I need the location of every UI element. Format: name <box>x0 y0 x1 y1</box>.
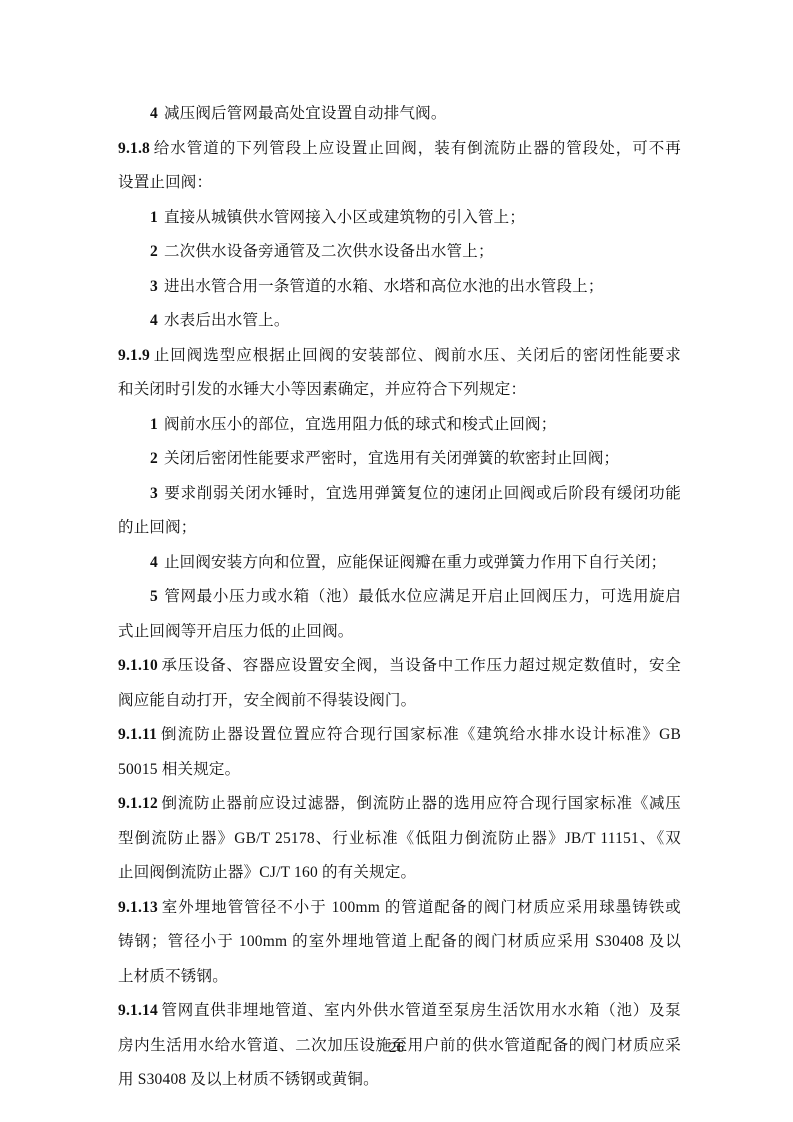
item-text: 的止回阀； <box>118 519 197 536</box>
clause-number: 9.1.12 <box>118 795 158 812</box>
clause-line: 上材质不锈钢。 <box>118 960 681 995</box>
item-text: 进出水管合用一条管道的水箱、水塔和高位水池的出水管段上； <box>164 278 604 295</box>
clause-text: 倒流防止器前应设过滤器，倒流防止器的选用应符合现行国家标准《减压 <box>161 795 681 812</box>
item-text: 管网最小压力或水箱（池）最低水位应满足开启止回阀压力，可选用旋启 <box>164 588 681 605</box>
clause-number: 9.1.13 <box>118 899 158 916</box>
clause-text: 型倒流防止器》GB/T 25178、行业标准《低阻力倒流防止器》JB/T 111… <box>118 830 681 847</box>
clause-text: 上材质不锈钢。 <box>118 968 228 985</box>
item-text: 水表后出水管上。 <box>164 312 290 329</box>
item-text: 止回阀安装方向和位置，应能保证阀瓣在重力或弹簧力作用下自行关闭； <box>164 554 666 571</box>
clause-number: 9.1.11 <box>118 726 157 743</box>
clause-number: 9.1.14 <box>118 1002 158 1019</box>
clause-text: 50015 相关规定。 <box>118 761 240 778</box>
clause-line: 9.1.12倒流防止器前应设过滤器，倒流防止器的选用应符合现行国家标准《减压 <box>118 787 681 822</box>
clause-text: 倒流防止器设置位置应符合现行国家标准《建筑给水排水设计标准》GB <box>160 726 681 743</box>
clause-line: 9.1.13室外埋地管管径不小于 100mm 的管道配备的阀门材质应采用球墨铸铁… <box>118 891 681 926</box>
list-item-continuation: 式止回阀等开启压力低的止回阀。 <box>118 615 681 650</box>
item-number: 5 <box>150 588 158 605</box>
item-text: 阀前水压小的部位，宜选用阻力低的球式和梭式止回阀； <box>164 416 557 433</box>
clause-line: 50015 相关规定。 <box>118 753 681 788</box>
clause-line: 和关闭时引发的水锤大小等因素确定，并应符合下列规定： <box>118 373 681 408</box>
document-page: 4减压阀后管网最高处宜设置自动排气阀。 9.1.8给水管道的下列管段上应设置止回… <box>118 97 681 1098</box>
item-text: 要求削弱关闭水锤时，宜选用弹簧复位的速闭止回阀或后阶段有缓闭功能 <box>164 485 681 502</box>
clause-line: 阀应能自动打开，安全阀前不得装设阀门。 <box>118 684 681 719</box>
page-number: 26 <box>0 1040 793 1057</box>
clause-number: 9.1.10 <box>118 657 158 674</box>
item-number: 3 <box>150 485 158 502</box>
list-item: 1阀前水压小的部位，宜选用阻力低的球式和梭式止回阀； <box>118 408 681 443</box>
item-text: 直接从城镇供水管网接入小区或建筑物的引入管上； <box>164 209 525 226</box>
clause-number: 9.1.9 <box>118 347 150 364</box>
list-item-continuation: 的止回阀； <box>118 511 681 546</box>
clause-text: 和关闭时引发的水锤大小等因素确定，并应符合下列规定： <box>118 381 526 398</box>
clause-number: 9.1.8 <box>118 140 150 157</box>
clause-text: 止回阀选型应根据止回阀的安装部位、阀前水压、关闭后的密闭性能要求 <box>153 347 681 364</box>
list-item: 4减压阀后管网最高处宜设置自动排气阀。 <box>118 97 681 132</box>
list-item: 2二次供水设备旁通管及二次供水设备出水管上； <box>118 235 681 270</box>
clause-line: 型倒流防止器》GB/T 25178、行业标准《低阻力倒流防止器》JB/T 111… <box>118 822 681 857</box>
clause-text: 止回阀倒流防止器》CJ/T 160 的有关规定。 <box>118 864 416 881</box>
clause-line: 铸钢；管径小于 100mm 的室外埋地管道上配备的阀门材质应采用 S30408 … <box>118 925 681 960</box>
item-number: 3 <box>150 278 158 295</box>
clause-text: 室外埋地管管径不小于 100mm 的管道配备的阀门材质应采用球墨铸铁或 <box>161 899 681 916</box>
clause-line: 9.1.10承压设备、容器应设置安全阀，当设备中工作压力超过规定数值时，安全 <box>118 649 681 684</box>
list-item: 2关闭后密闭性能要求严密时，宜选用有关闭弹簧的软密封止回阀； <box>118 442 681 477</box>
clause-line: 止回阀倒流防止器》CJ/T 160 的有关规定。 <box>118 856 681 891</box>
item-number: 1 <box>150 416 158 433</box>
clause-line: 9.1.14管网直供非埋地管道、室内外供水管道至泵房生活饮用水水箱（池）及泵 <box>118 994 681 1029</box>
clause-text: 管网直供非埋地管道、室内外供水管道至泵房生活饮用水水箱（池）及泵 <box>161 1002 681 1019</box>
item-number: 4 <box>150 105 158 122</box>
item-text: 二次供水设备旁通管及二次供水设备出水管上； <box>164 243 494 260</box>
item-number: 1 <box>150 209 158 226</box>
clause-text: 承压设备、容器应设置安全阀，当设备中工作压力超过规定数值时，安全 <box>161 657 681 674</box>
clause-line: 设置止回阀： <box>118 166 681 201</box>
list-item: 3进出水管合用一条管道的水箱、水塔和高位水池的出水管段上； <box>118 270 681 305</box>
list-item: 4水表后出水管上。 <box>118 304 681 339</box>
clause-text: 给水管道的下列管段上应设置止回阀，装有倒流防止器的管段处，可不再 <box>153 140 681 157</box>
clause-line: 9.1.11倒流防止器设置位置应符合现行国家标准《建筑给水排水设计标准》GB <box>118 718 681 753</box>
clause-text: 铸钢；管径小于 100mm 的室外埋地管道上配备的阀门材质应采用 S30408 … <box>118 933 681 950</box>
item-text: 关闭后密闭性能要求严密时，宜选用有关闭弹簧的软密封止回阀； <box>164 450 619 467</box>
clause-line: 9.1.8给水管道的下列管段上应设置止回阀，装有倒流防止器的管段处，可不再 <box>118 132 681 167</box>
list-item: 5管网最小压力或水箱（池）最低水位应满足开启止回阀压力，可选用旋启 <box>118 580 681 615</box>
item-number: 4 <box>150 312 158 329</box>
item-text: 式止回阀等开启压力低的止回阀。 <box>118 623 354 640</box>
item-number: 2 <box>150 450 158 467</box>
item-text: 减压阀后管网最高处宜设置自动排气阀。 <box>164 105 447 122</box>
item-number: 4 <box>150 554 158 571</box>
list-item: 1直接从城镇供水管网接入小区或建筑物的引入管上； <box>118 201 681 236</box>
list-item: 4止回阀安装方向和位置，应能保证阀瓣在重力或弹簧力作用下自行关闭； <box>118 546 681 581</box>
list-item: 3要求削弱关闭水锤时，宜选用弹簧复位的速闭止回阀或后阶段有缓闭功能 <box>118 477 681 512</box>
clause-text: 阀应能自动打开，安全阀前不得装设阀门。 <box>118 692 416 709</box>
clause-text: 用 S30408 及以上材质不锈钢或黄铜。 <box>118 1071 379 1088</box>
clause-line: 用 S30408 及以上材质不锈钢或黄铜。 <box>118 1063 681 1098</box>
item-number: 2 <box>150 243 158 260</box>
clause-text: 设置止回阀： <box>118 174 212 191</box>
clause-line: 9.1.9止回阀选型应根据止回阀的安装部位、阀前水压、关闭后的密闭性能要求 <box>118 339 681 374</box>
